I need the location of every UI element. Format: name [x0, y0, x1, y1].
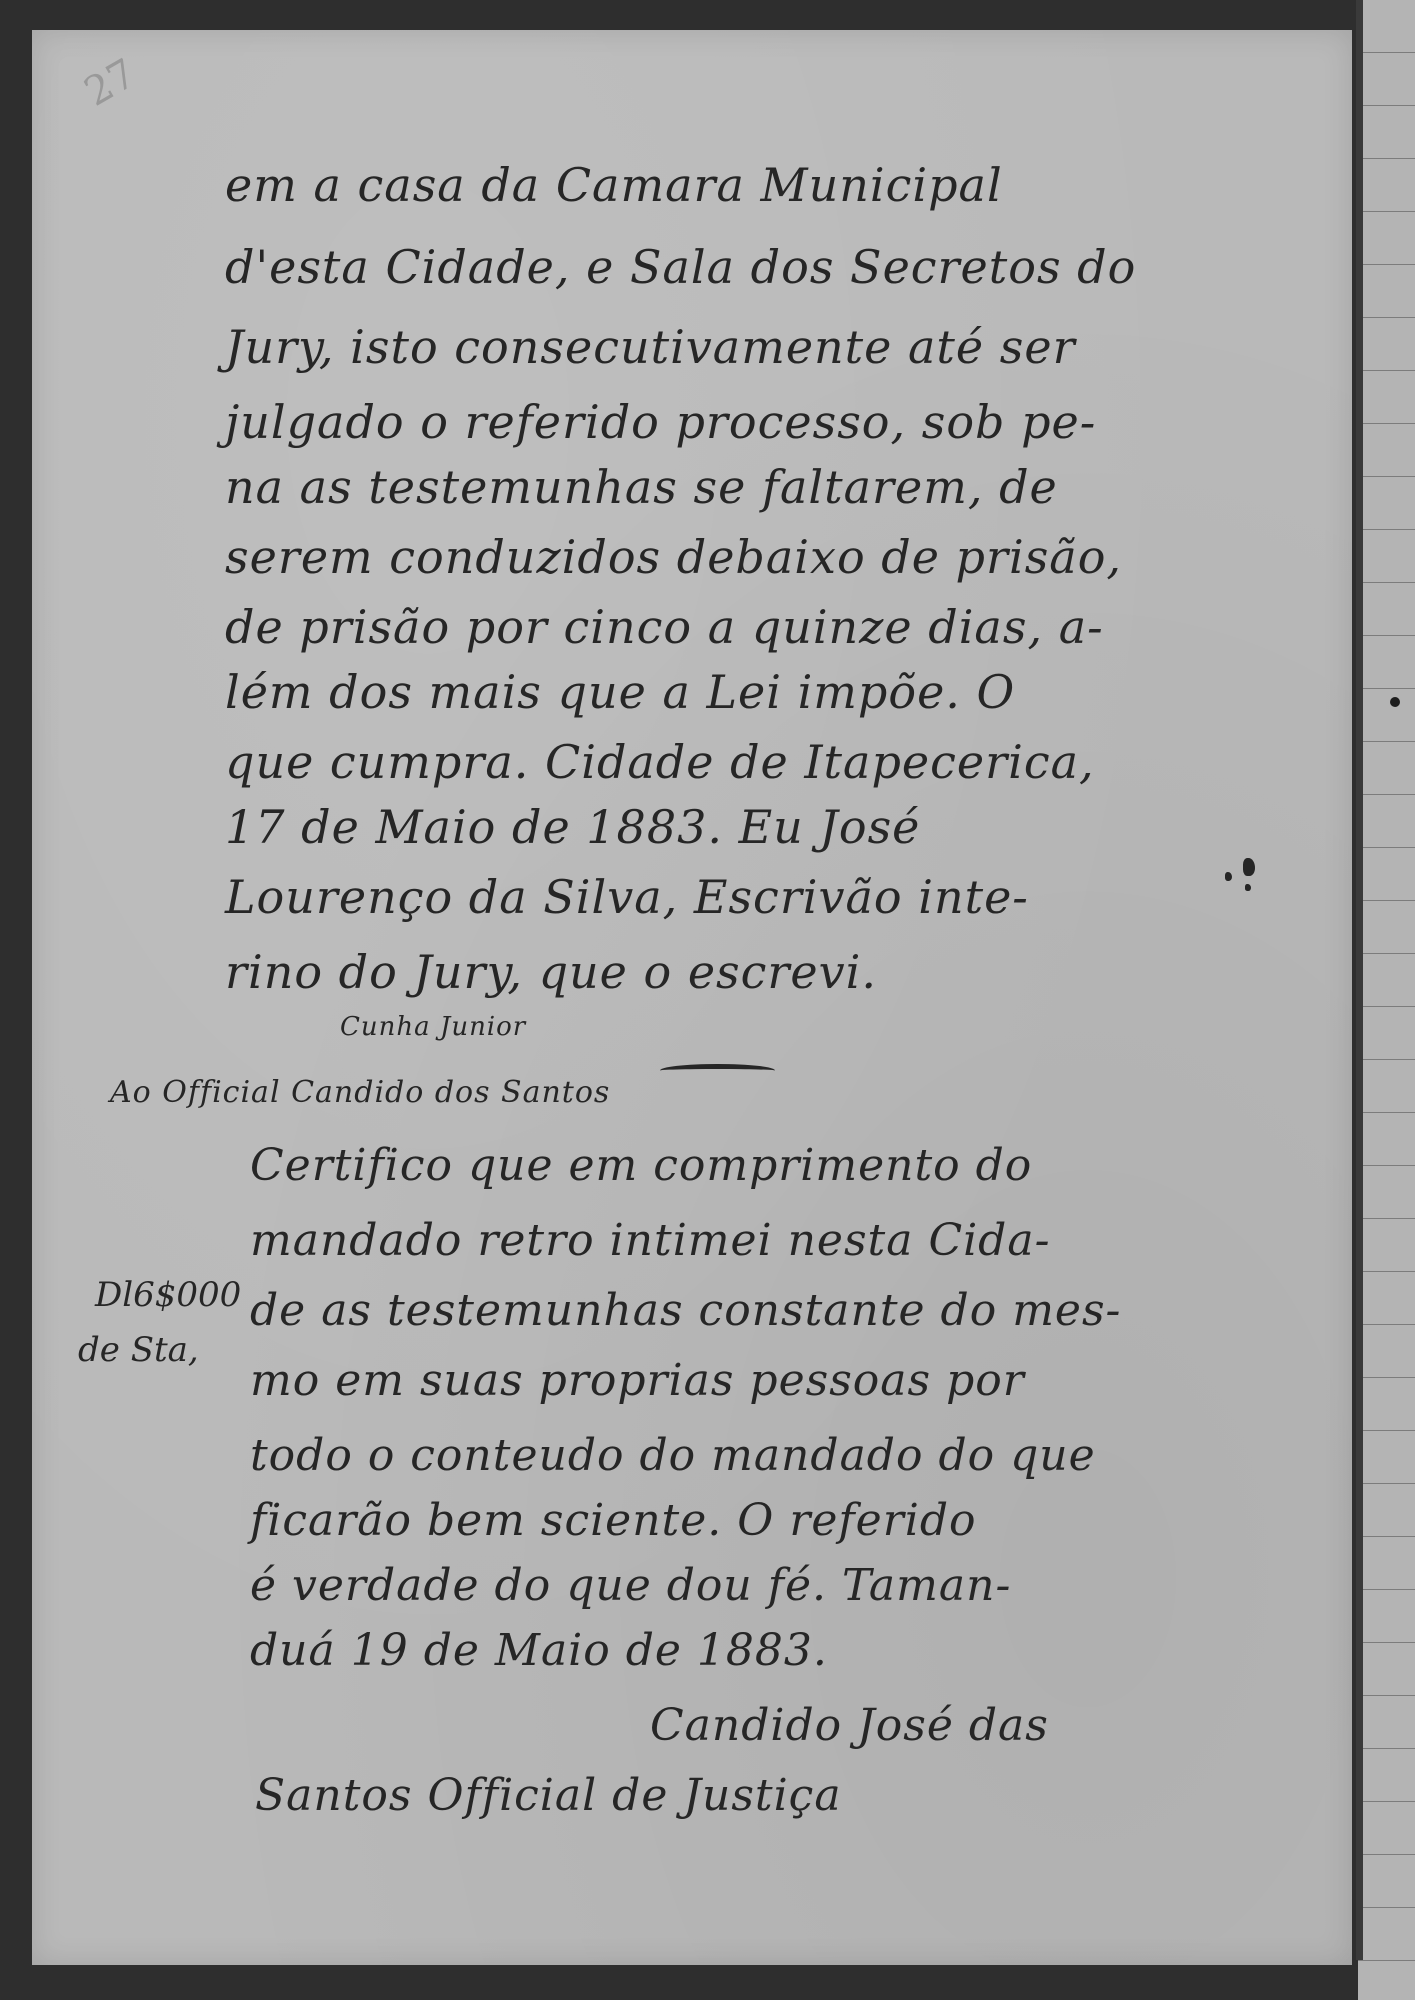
margin-fee-note: Dl6$000 [95, 1275, 241, 1315]
certidao-line: de as testemunhas constante do mes- [250, 1285, 1121, 1336]
certidao-heading: Ao Official Candido dos Santos [110, 1075, 610, 1110]
page-edge-shadow [1356, 0, 1363, 1960]
officer-signature-line: Santos Official de Justiça [255, 1770, 842, 1821]
mandado-line: 17 de Maio de 1883. Eu José [225, 800, 920, 854]
certidao-line: Certifico que em comprimento do [250, 1140, 1032, 1191]
ink-blot [1225, 858, 1265, 894]
certidao-line: todo o conteudo do mandado do que [250, 1430, 1096, 1481]
mandado-line: na as testemunhas se faltarem, de [225, 460, 1058, 514]
certidao-line: é verdade do que dou fé. Taman- [250, 1560, 1011, 1611]
certidao-line: mandado retro intimei nesta Cida- [250, 1215, 1050, 1266]
mandado-line: Lourenço da Silva, Escrivão inte- [225, 870, 1029, 924]
flourish-mark [660, 1064, 775, 1077]
mandado-line: serem conduzidos debaixo de prisão, [225, 530, 1122, 584]
adjacent-page-mark [1390, 697, 1400, 707]
mandado-line: d'esta Cidade, e Sala dos Secretos do [225, 240, 1136, 294]
certidao-line: duá 19 de Maio de 1883. [250, 1625, 828, 1676]
document-scan: 27 em a casa da Camara Municipal d'esta … [0, 0, 1415, 2000]
mandado-line: rino do Jury, que o escrevi. [225, 945, 877, 999]
mandado-line: Jury, isto consecutivamente até ser [225, 320, 1076, 374]
mandado-line: julgado o referido processo, sob pe- [225, 395, 1096, 449]
certidao-line: mo em suas proprias pessoas por [250, 1355, 1025, 1406]
mandado-line: em a casa da Camara Municipal [225, 158, 1003, 212]
adjacent-page [1358, 0, 1415, 2000]
mandado-line: lém dos mais que a Lei impõe. O [225, 665, 1015, 719]
certidao-line: ficarão bem sciente. O referido [250, 1495, 976, 1546]
clerk-signature: Cunha Junior [340, 1012, 526, 1042]
officer-signature-line: Candido José das [650, 1700, 1049, 1751]
mandado-line: que cumpra. Cidade de Itapecerica, [225, 735, 1095, 789]
margin-fee-note: de Sta, [78, 1330, 199, 1370]
mandado-line: de prisão por cinco a quinze dias, a- [225, 600, 1104, 654]
